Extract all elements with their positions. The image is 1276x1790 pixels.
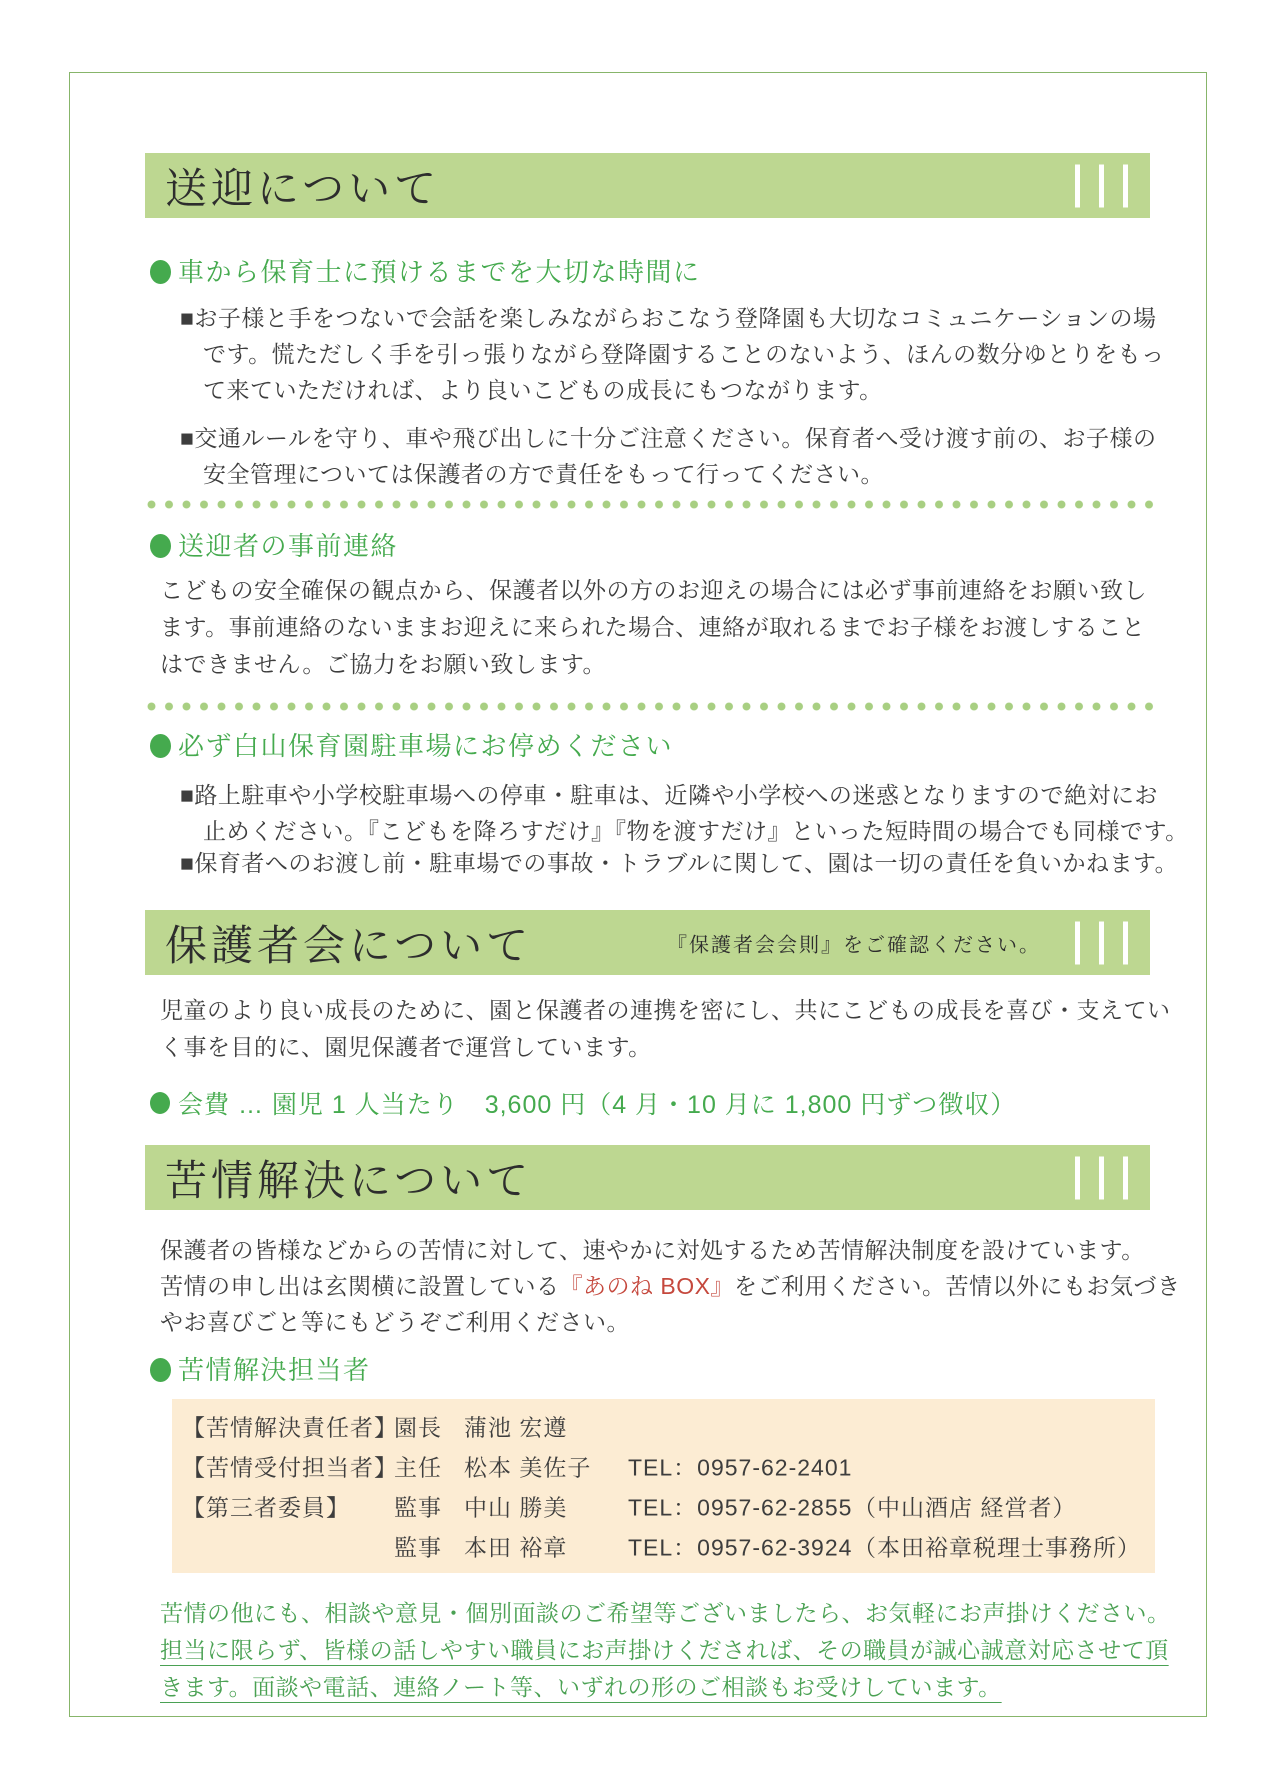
heading-complaint-staff: 苦情解決担当者 <box>150 1354 371 1386</box>
complaints-line-2-pre: 苦情の申し出は玄関横に設置している <box>160 1273 560 1299</box>
contact-role: 主任 <box>394 1450 442 1483</box>
contact-note: （本田裕章税理士事務所） <box>853 1530 1141 1563</box>
dotted-divider <box>147 702 1155 711</box>
closing-line-3: きます。面談や電話、連絡ノート等、いずれの形のご相談もお受けしています。 <box>160 1669 1171 1706</box>
anone-box-red-text: 『あのね BOX』 <box>560 1273 734 1299</box>
complaint-contacts-box: 【苦情解決責任者】 園長 蒲池 宏遵 【苦情受付担当者】 主任 松本 美佐子 T… <box>172 1399 1155 1573</box>
section-title-parents-association: 保護者会について <box>165 913 532 973</box>
contact-note: （中山酒店 経営者） <box>853 1490 1076 1523</box>
paragraph-advance-notice: こどもの安全確保の観点から、保護者以外の方のお迎えの場合には必ず事前連絡をお願い… <box>160 572 1147 683</box>
contact-tel: TEL：0957-62-3924 <box>628 1530 852 1563</box>
triple-bars-icon <box>1075 164 1128 207</box>
complaints-line-3: やお喜びごと等にもどうぞご利用ください。 <box>160 1304 630 1340</box>
paragraph-street-parking: ■路上駐車や小学校駐車場への停車・駐車は、近隣や小学校への迷惑となりますので絶対… <box>180 777 1189 849</box>
tick-bar-icon <box>1099 164 1104 207</box>
tick-bar-icon <box>1075 1156 1080 1199</box>
triple-bars-icon <box>1075 921 1128 964</box>
contact-tel: TEL：0957-62-2855 <box>628 1490 852 1523</box>
heading-text: 必ず白山保育園駐車場にお停めください <box>178 730 673 762</box>
contact-name: 中山 勝美 <box>464 1490 567 1523</box>
complaints-line-2: 苦情の申し出は玄関横に設置している『あのね BOX』をご利用ください。苦情以外に… <box>160 1268 1180 1304</box>
tick-bar-icon <box>1123 921 1128 964</box>
document-page: 送迎について 車から保育士に預けるまでを大切な時間に ■お子様と手をつないで会話… <box>0 0 1276 1790</box>
fee-text: 会費 … 園児 1 人当たり 3,600 円（4 月・10 月に 1,800 円… <box>178 1085 1016 1121</box>
contact-label: 【苦情受付担当者】 <box>182 1450 398 1483</box>
contact-label: 【第三者委員】 <box>182 1490 350 1523</box>
dotted-divider <box>147 500 1155 509</box>
section-header-pickup: 送迎について <box>145 153 1150 218</box>
heading-text: 苦情解決担当者 <box>178 1354 371 1386</box>
contact-tel: TEL：0957-62-2401 <box>628 1450 852 1483</box>
closing-line-2: 担当に限らず、皆様の話しやすい職員にお声掛けくだされば、その職員が誠心誠意対応さ… <box>160 1632 1171 1669</box>
tick-bar-icon <box>1123 164 1128 207</box>
paragraph-traffic-rules: ■交通ルールを守り、車や飛び出しに十分ご注意ください。保育者へ受け渡す前の、お子… <box>180 420 1157 492</box>
section-title-complaints: 苦情解決について <box>165 1148 532 1208</box>
tick-bar-icon <box>1075 164 1080 207</box>
bullet-circle-icon <box>150 534 171 558</box>
section-title-pickup: 送迎について <box>165 156 440 216</box>
closing-note: 苦情の他にも、相談や意見・個別面談のご希望等ございましたら、お気軽にお声掛けくだ… <box>160 1595 1171 1706</box>
paragraph-parking-liability: ■保育者へのお渡し前・駐車場での事故・トラブルに関して、園は一切の責任を負いかね… <box>180 845 1178 881</box>
heading-advance-notice: 送迎者の事前連絡 <box>150 530 398 562</box>
tick-bar-icon <box>1123 1156 1128 1199</box>
tick-bar-icon <box>1099 1156 1104 1199</box>
section-header-parents-association: 保護者会について 『保護者会会則』をご確認ください。 <box>145 910 1150 975</box>
complaints-line-1: 保護者の皆様などからの苦情に対して、速やかに対処するため苦情解決制度を設けていま… <box>160 1232 1145 1268</box>
closing-line-1: 苦情の他にも、相談や意見・個別面談のご希望等ございましたら、お気軽にお声掛けくだ… <box>160 1595 1171 1632</box>
heading-text: 送迎者の事前連絡 <box>178 530 398 562</box>
heading-text: 車から保育士に預けるまでを大切な時間に <box>178 256 701 288</box>
contact-name: 本田 裕章 <box>464 1530 567 1563</box>
section-header-complaints: 苦情解決について <box>145 1145 1150 1210</box>
contact-row: 【苦情受付担当者】 主任 松本 美佐子 TEL：0957-62-2401 <box>172 1446 1155 1486</box>
contact-role: 園長 <box>394 1410 442 1443</box>
section-note-rulebook: 『保護者会会則』をご確認ください。 <box>667 928 1041 957</box>
tick-bar-icon <box>1075 921 1080 964</box>
heading-parking: 必ず白山保育園駐車場にお停めください <box>150 730 673 762</box>
paragraph-handhold: ■お子様と手をつないで会話を楽しみながらおこなう登降園も大切なコミュニケーション… <box>180 300 1165 408</box>
bullet-circle-icon <box>150 1092 170 1114</box>
contact-name: 蒲池 宏遵 <box>464 1410 567 1443</box>
bullet-circle-icon <box>150 734 171 758</box>
contact-label: 【苦情解決責任者】 <box>182 1410 398 1443</box>
contact-role: 監事 <box>394 1530 442 1563</box>
heading-car-to-teacher: 車から保育士に預けるまでを大切な時間に <box>150 256 701 288</box>
contact-role: 監事 <box>394 1490 442 1523</box>
bullet-circle-icon <box>150 1358 171 1382</box>
contact-row: 【第三者委員】 監事 中山 勝美 TEL：0957-62-2855 （中山酒店 … <box>172 1486 1155 1526</box>
bullet-circle-icon <box>150 260 171 284</box>
contact-row: 監事 本田 裕章 TEL：0957-62-3924 （本田裕章税理士事務所） <box>172 1526 1155 1566</box>
paragraph-association-purpose: 児童のより良い成長のために、園と保護者の連携を密にし、共にこどもの成長を喜び・支… <box>160 992 1171 1066</box>
complaints-line-2-post: をご利用ください。苦情以外にもお気づき <box>734 1273 1181 1299</box>
contact-name: 松本 美佐子 <box>464 1450 591 1483</box>
tick-bar-icon <box>1099 921 1104 964</box>
membership-fee-line: 会費 … 園児 1 人当たり 3,600 円（4 月・10 月に 1,800 円… <box>150 1085 1016 1121</box>
triple-bars-icon <box>1075 1156 1128 1199</box>
contact-row: 【苦情解決責任者】 園長 蒲池 宏遵 <box>172 1406 1155 1446</box>
